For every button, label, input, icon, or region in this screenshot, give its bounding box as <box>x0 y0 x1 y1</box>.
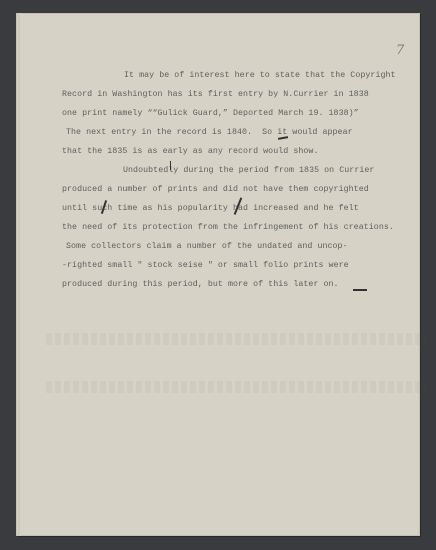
text-line: produced a number of prints and did not … <box>62 185 369 194</box>
pen-underline-mark <box>278 136 288 139</box>
text-line: Undoubtedly during the period from 1835 … <box>123 166 374 175</box>
show-through-text <box>46 381 426 393</box>
text-line: produced during this period, but more of… <box>62 280 339 289</box>
text-line: The next entry in the record is 1840. So… <box>66 128 353 137</box>
show-through-text <box>46 333 426 345</box>
page-number: 7 <box>396 43 404 58</box>
text-line: Some collectors claim a number of the un… <box>66 242 348 251</box>
document-page: 7 It may be of interest here to state th… <box>16 13 420 536</box>
text-line: the need of its protection from the infr… <box>62 223 394 232</box>
text-line: It may be of interest here to state that… <box>124 71 396 80</box>
text-line: Record in Washington has its first entry… <box>62 90 369 99</box>
text-line: that the 1835 is as early as any record … <box>62 147 318 156</box>
pen-caret-mark <box>170 161 171 170</box>
pen-underline-mark <box>353 289 367 291</box>
text-line: -righted small " stock seise " or small … <box>62 261 349 270</box>
text-line: one print namely ““Gulick Guard,” Deport… <box>62 109 359 118</box>
text-line: until such time as his popularity had in… <box>62 204 359 213</box>
